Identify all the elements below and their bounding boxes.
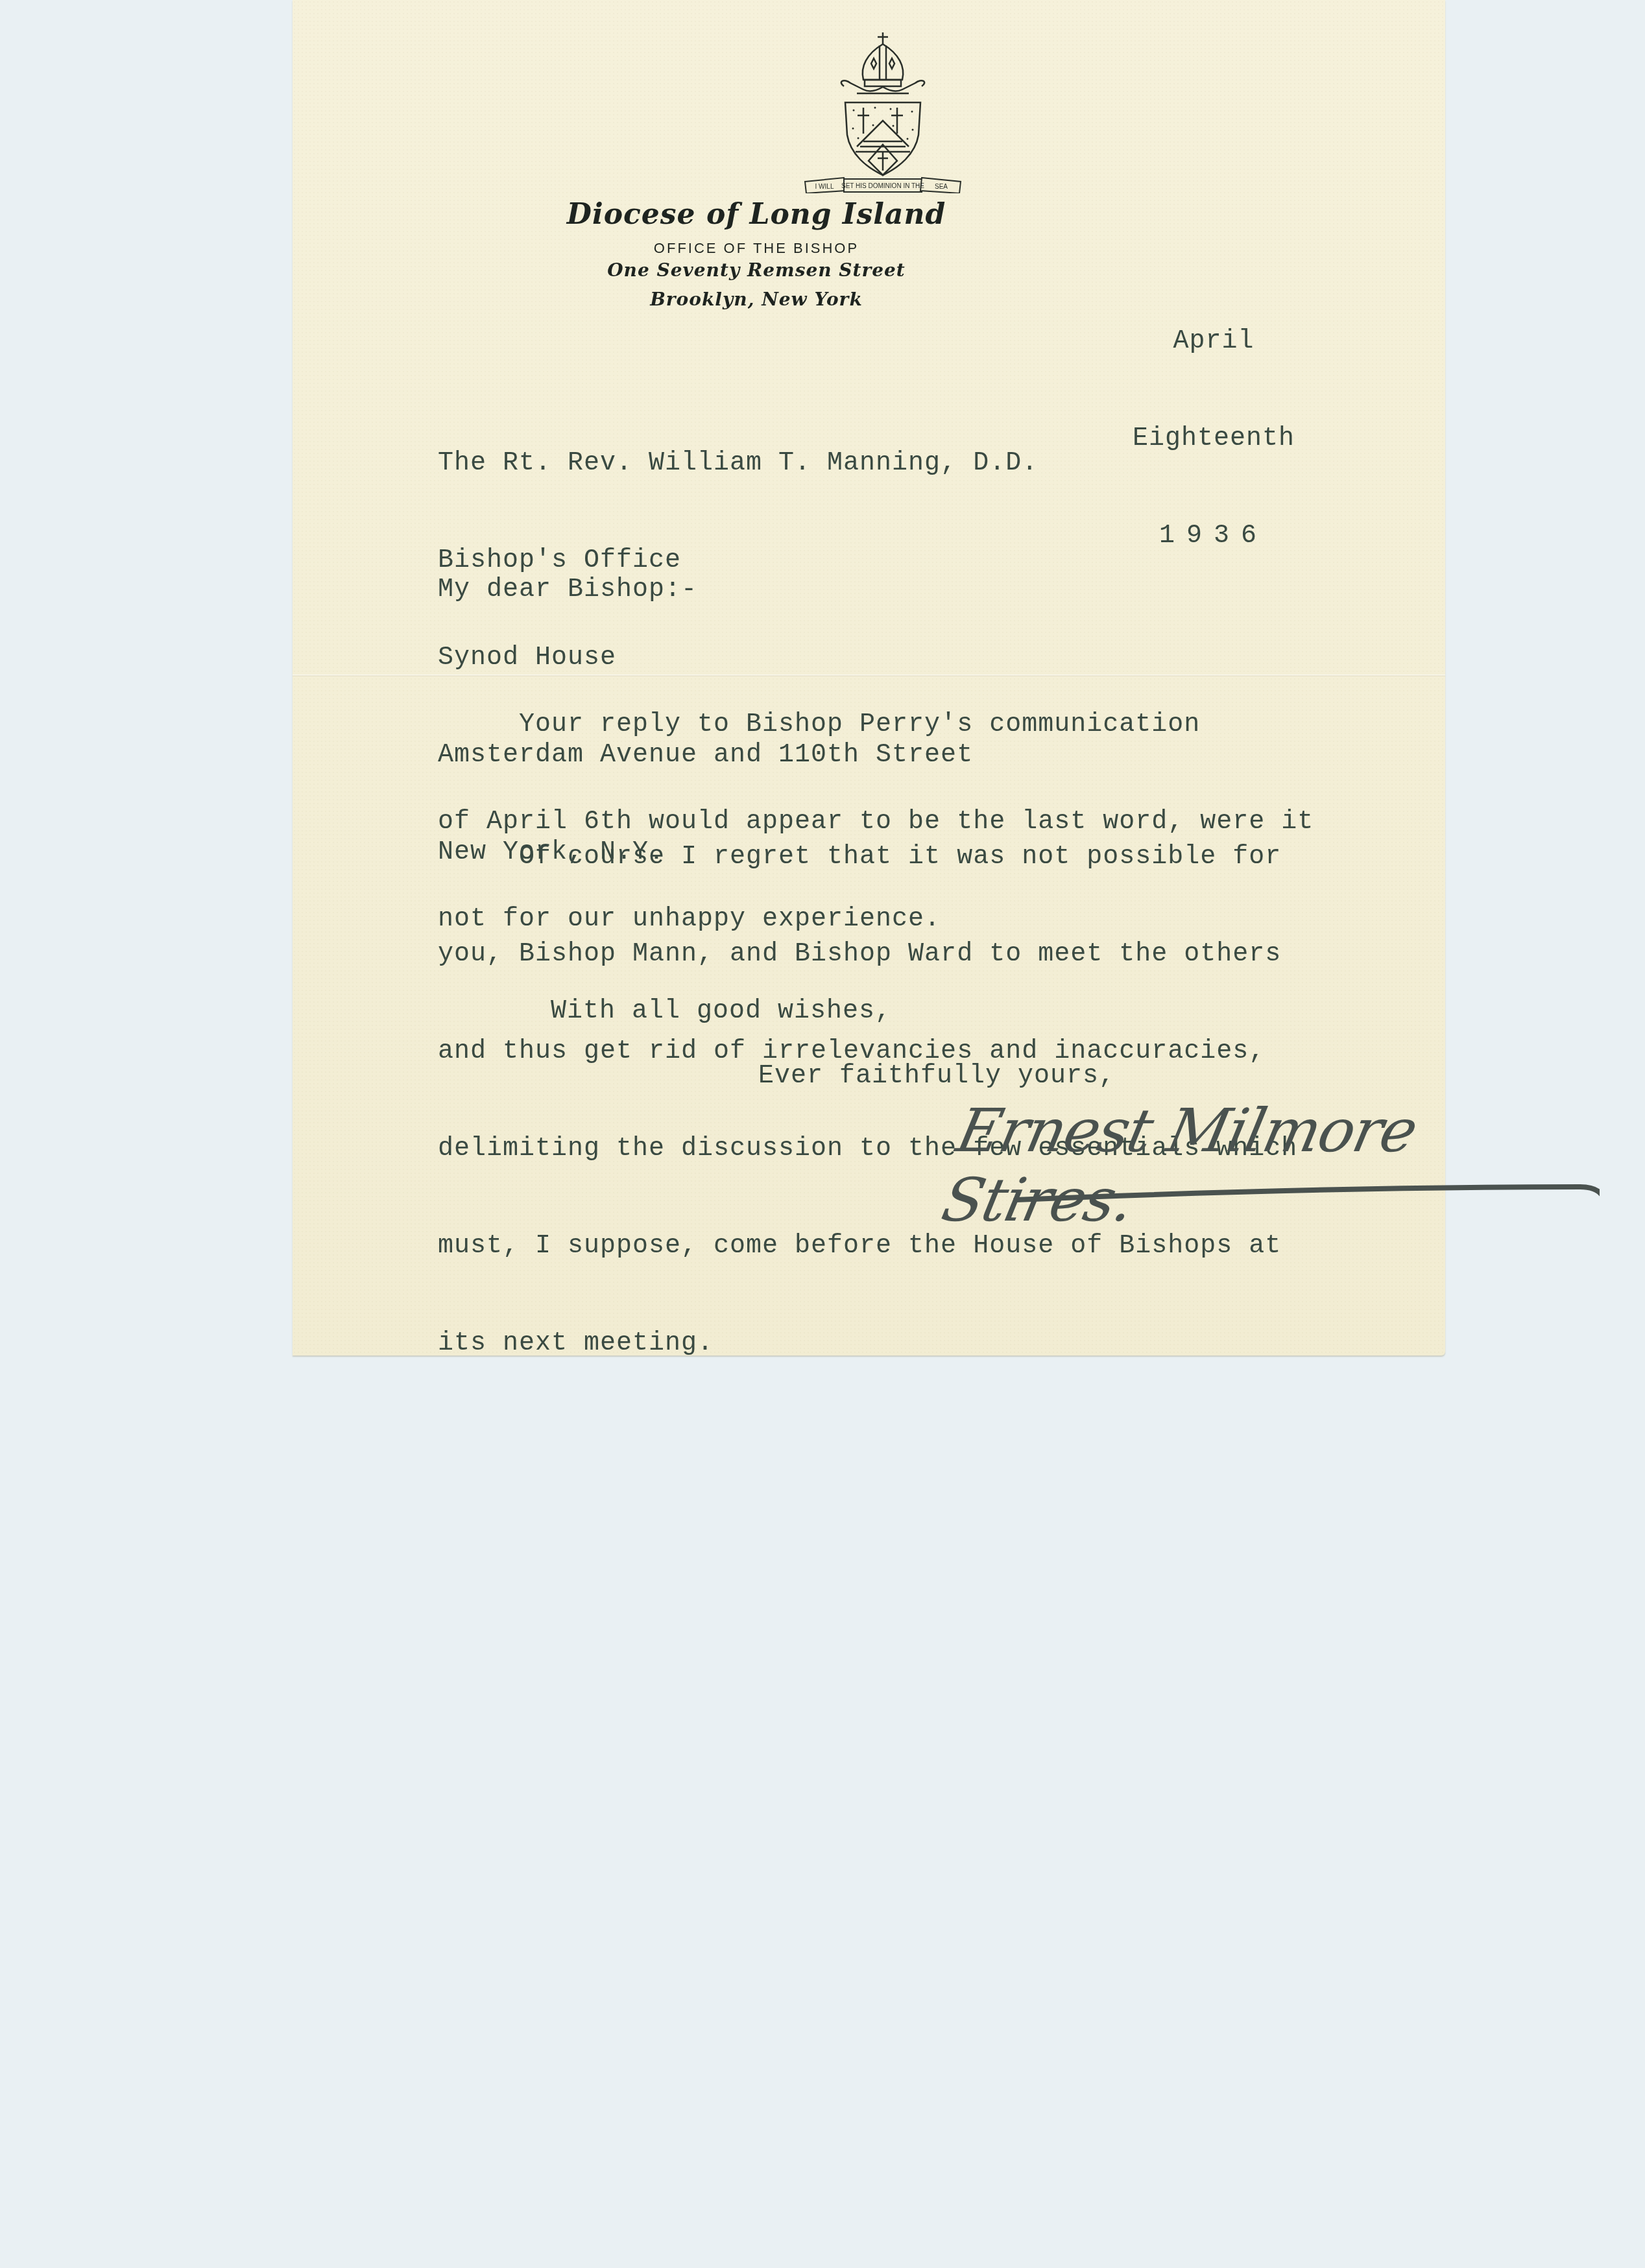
closing-valediction: Ever faithfully yours, [758,1060,1115,1093]
letterhead-street: One Seventy Remsen Street [293,259,1220,281]
date-year: 1936 [1107,520,1321,553]
signature-underline-icon [653,1090,1600,1213]
body-line: you, Bishop Mann, and Bishop Ward to mee… [438,938,1297,971]
closing-wishes: With all good wishes, [551,996,891,1028]
date-month: April [1107,326,1321,358]
salutation: My dear Bishop:- [438,574,697,606]
svg-text:SET HIS DOMINION IN THE: SET HIS DOMINION IN THE [841,183,924,190]
svg-text:I WILL: I WILL [815,184,834,191]
letterhead-office: OFFICE OF THE BISHOP [293,240,1220,257]
diocese-crest-icon: I WILL SET HIS DOMINION IN THE SEA [798,31,967,193]
date-day: Eighteenth [1107,423,1321,455]
body-line: Of course I regret that it was not possi… [438,841,1297,874]
letter-paper: I WILL SET HIS DOMINION IN THE SEA Dioce… [293,0,1445,1355]
body-line: its next meeting. [438,1328,1297,1360]
body-line: Your reply to Bishop Perry's communicati… [438,709,1314,741]
svg-text:SEA: SEA [935,184,948,191]
letter-date: April Eighteenth 1936 [1107,261,1321,617]
body-line: must, I suppose, come before the House o… [438,1230,1297,1263]
letterhead-title: Diocese of Long Island [293,198,1220,231]
letterhead-city: Brooklyn, New York [293,289,1220,310]
recipient-line: Bishop's Office [438,545,1038,577]
recipient-line: The Rt. Rev. William T. Manning, D.D. [438,448,1038,480]
handwritten-signature: Ernest Milmore Stires. [653,1090,1600,1213]
